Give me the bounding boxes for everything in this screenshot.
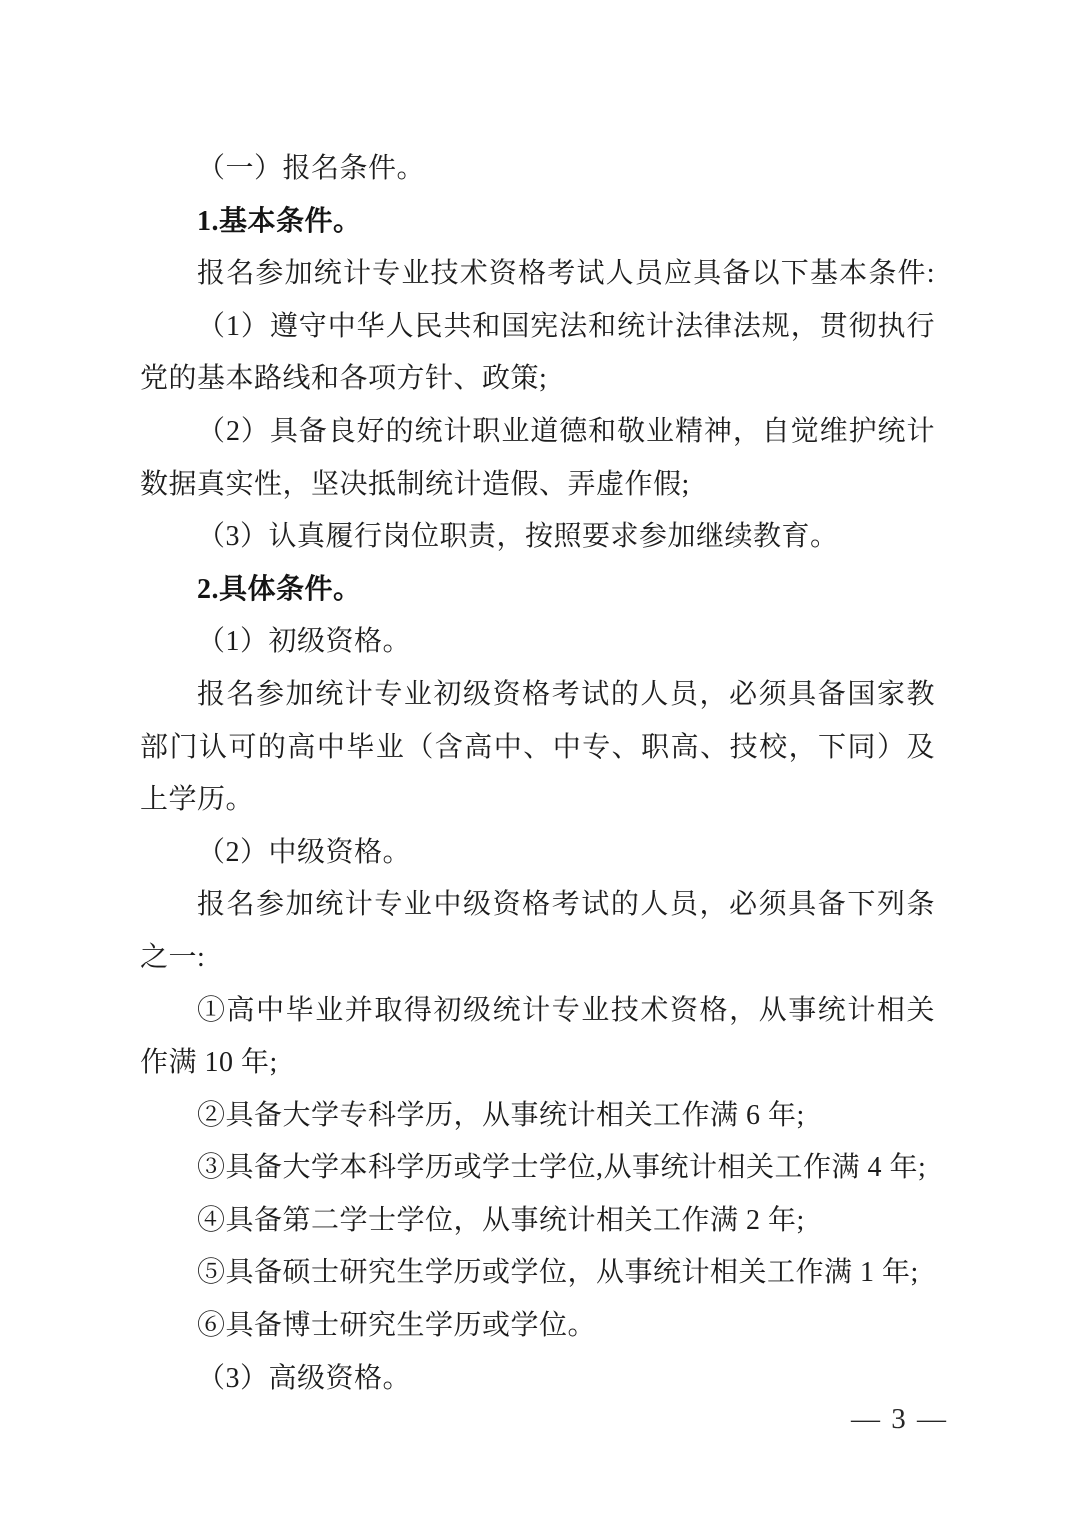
heading-specific-conditions: 2.具体条件。 <box>140 564 935 617</box>
heading-junior-qualification: （1）初级资格。 <box>140 616 935 669</box>
item-basic-2-line-1: （2）具备良好的统计职业道德和敬业精神，自觉维护统计 <box>140 406 935 459</box>
item-basic-1-line-1: （1）遵守中华人民共和国宪法和统计法律法规，贯彻执行 <box>140 301 935 354</box>
item-circle1-line-1: ①高中毕业并取得初级统计专业技术资格，从事统计相关工 <box>140 985 935 1038</box>
item-circle4: ④具备第二学士学位，从事统计相关工作满 2 年; <box>140 1195 935 1248</box>
heading-registration-conditions: （一）报名条件。 <box>140 143 935 196</box>
item-circle2: ②具备大学专科学历，从事统计相关工作满 6 年; <box>140 1090 935 1143</box>
para-junior-line-3: 上学历。 <box>140 774 935 827</box>
item-basic-1-line-2: 党的基本路线和各项方针、政策; <box>140 353 935 406</box>
para-junior-line-1: 报名参加统计专业初级资格考试的人员，必须具备国家教育 <box>140 669 935 722</box>
document-body: （一）报名条件。 1.基本条件。 报名参加统计专业技术资格考试人员应具备以下基本… <box>140 143 935 1405</box>
heading-intermediate-qualification: （2）中级资格。 <box>140 827 935 880</box>
item-circle5: ⑤具备硕士研究生学历或学位，从事统计相关工作满 1 年; <box>140 1247 935 1300</box>
item-basic-2-line-2: 数据真实性，坚决抵制统计造假、弄虚作假; <box>140 459 935 512</box>
item-circle6: ⑥具备博士研究生学历或学位。 <box>140 1300 935 1353</box>
item-circle3: ③具备大学本科学历或学士学位,从事统计相关工作满 4 年; <box>140 1142 935 1195</box>
page-number: — 3 — <box>851 1396 948 1442</box>
heading-basic-conditions: 1.基本条件。 <box>140 196 935 249</box>
item-basic-3: （3）认真履行岗位职责，按照要求参加继续教育。 <box>140 511 935 564</box>
para-intermediate-line-2: 之一: <box>140 932 935 985</box>
para-junior-line-2: 部门认可的高中毕业（含高中、中专、职高、技校，下同）及以 <box>140 722 935 775</box>
para-intermediate-line-1: 报名参加统计专业中级资格考试的人员，必须具备下列条件 <box>140 879 935 932</box>
document-page: （一）报名条件。 1.基本条件。 报名参加统计专业技术资格考试人员应具备以下基本… <box>0 0 1074 1520</box>
heading-senior-qualification: （3）高级资格。 <box>140 1353 935 1406</box>
item-circle1-line-2: 作满 10 年; <box>140 1037 935 1090</box>
para-basic-conditions-intro: 报名参加统计专业技术资格考试人员应具备以下基本条件: <box>140 248 935 301</box>
